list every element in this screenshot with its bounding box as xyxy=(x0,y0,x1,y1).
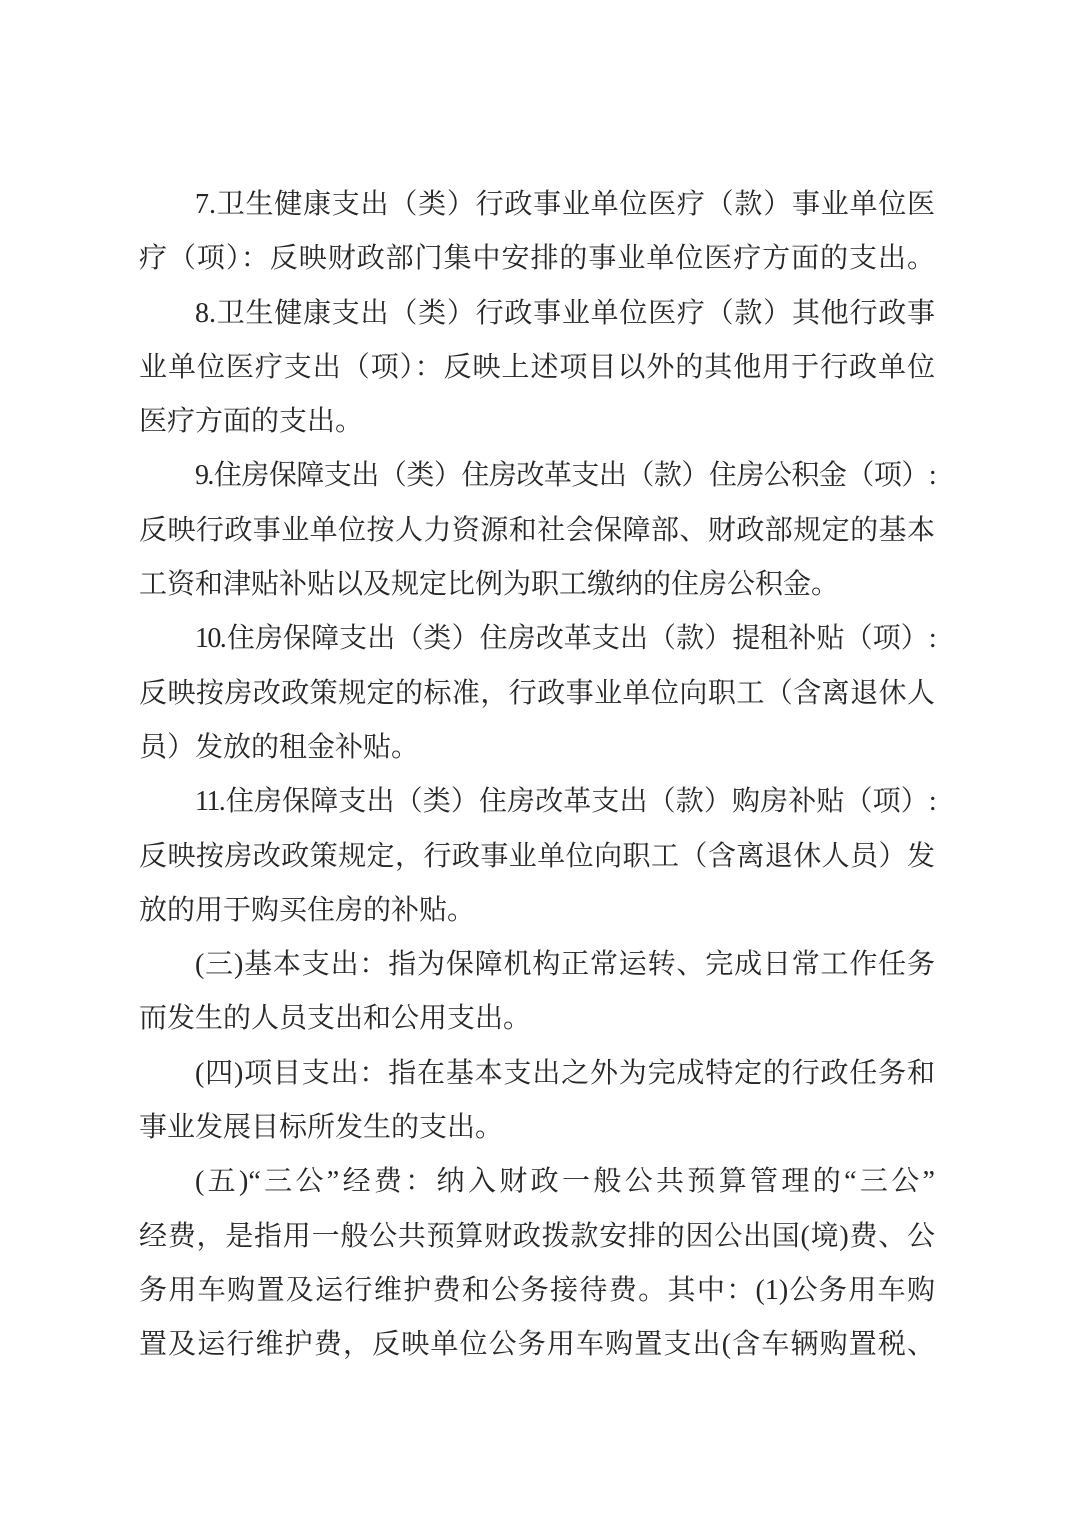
paragraph-item-si-project-expenditure: (四)项目支出：指在基本支出之外为完成特定的行政任务和事业发展目标所发生的支出。 xyxy=(139,1047,935,1156)
text-line: 务用车购置及运行维护费和公务接待费。其中：(1)公务用车购 xyxy=(139,1264,935,1318)
text-line: 反映行政事业单位按人力资源和社会保障部、财政部规定的基本 xyxy=(139,504,935,558)
text-line: 而发生的人员支出和公用支出。 xyxy=(139,992,935,1046)
document-page: 7.卫生健康支出（类）行政事业单位医疗（款）事业单位医疗（项）：反映财政部门集中… xyxy=(0,0,1074,1520)
text-line: 员）发放的租金补贴。 xyxy=(139,721,935,775)
text-line: 疗（项）：反映财政部门集中安排的事业单位医疗方面的支出。 xyxy=(139,232,935,286)
paragraph-item-11-purchase-subsidy: 11.住房保障支出（类）住房改革支出（款）购房补贴（项）:反映按房改政策规定，行… xyxy=(139,775,935,938)
text-line: 置及运行维护费，反映单位公务用车购置支出(含车辆购置税、 xyxy=(139,1318,935,1372)
text-line: 10.住房保障支出（类）住房改革支出（款）提租补贴（项）: xyxy=(139,612,935,666)
text-line: 事业发展目标所发生的支出。 xyxy=(139,1101,935,1155)
text-line: 经费，是指用一般公共预算财政拨款安排的因公出国(境)费、公 xyxy=(139,1210,935,1264)
paragraph-item-san-basic-expenditure: (三)基本支出：指为保障机构正常运转、完成日常工作任务而发生的人员支出和公用支出… xyxy=(139,938,935,1047)
text-line: 11.住房保障支出（类）住房改革支出（款）购房补贴（项）: xyxy=(139,775,935,829)
document-text-block: 7.卫生健康支出（类）行政事业单位医疗（款）事业单位医疗（项）：反映财政部门集中… xyxy=(139,178,935,1373)
text-line: 反映按房改政策规定的标准，行政事业单位向职工（含离退休人 xyxy=(139,667,935,721)
text-line: 9.住房保障支出（类）住房改革支出（款）住房公积金（项）: xyxy=(139,449,935,503)
text-line: 7.卫生健康支出（类）行政事业单位医疗（款）事业单位医 xyxy=(139,178,935,232)
paragraph-item-7-health-expenditure: 7.卫生健康支出（类）行政事业单位医疗（款）事业单位医疗（项）：反映财政部门集中… xyxy=(139,178,935,287)
paragraph-item-10-rent-subsidy: 10.住房保障支出（类）住房改革支出（款）提租补贴（项）:反映按房改政策规定的标… xyxy=(139,612,935,775)
paragraph-item-9-housing-fund: 9.住房保障支出（类）住房改革支出（款）住房公积金（项）:反映行政事业单位按人力… xyxy=(139,449,935,612)
text-line: (三)基本支出：指为保障机构正常运转、完成日常工作任务 xyxy=(139,938,935,992)
text-line: (五)“三公”经费：纳入财政一般公共预算管理的“三公” xyxy=(139,1155,935,1209)
text-line: 反映按房改政策规定，行政事业单位向职工（含离退休人员）发 xyxy=(139,830,935,884)
text-line: 医疗方面的支出。 xyxy=(139,395,935,449)
text-line: 工资和津贴补贴以及规定比例为职工缴纳的住房公积金。 xyxy=(139,558,935,612)
paragraph-item-8-health-expenditure-other: 8.卫生健康支出（类）行政事业单位医疗（款）其他行政事业单位医疗支出（项）：反映… xyxy=(139,287,935,450)
text-line: 业单位医疗支出（项）：反映上述项目以外的其他用于行政单位 xyxy=(139,341,935,395)
paragraph-item-wu-sangong-funds: (五)“三公”经费：纳入财政一般公共预算管理的“三公”经费，是指用一般公共预算财… xyxy=(139,1155,935,1372)
text-line: 放的用于购买住房的补贴。 xyxy=(139,884,935,938)
text-line: 8.卫生健康支出（类）行政事业单位医疗（款）其他行政事 xyxy=(139,287,935,341)
text-line: (四)项目支出：指在基本支出之外为完成特定的行政任务和 xyxy=(139,1047,935,1101)
